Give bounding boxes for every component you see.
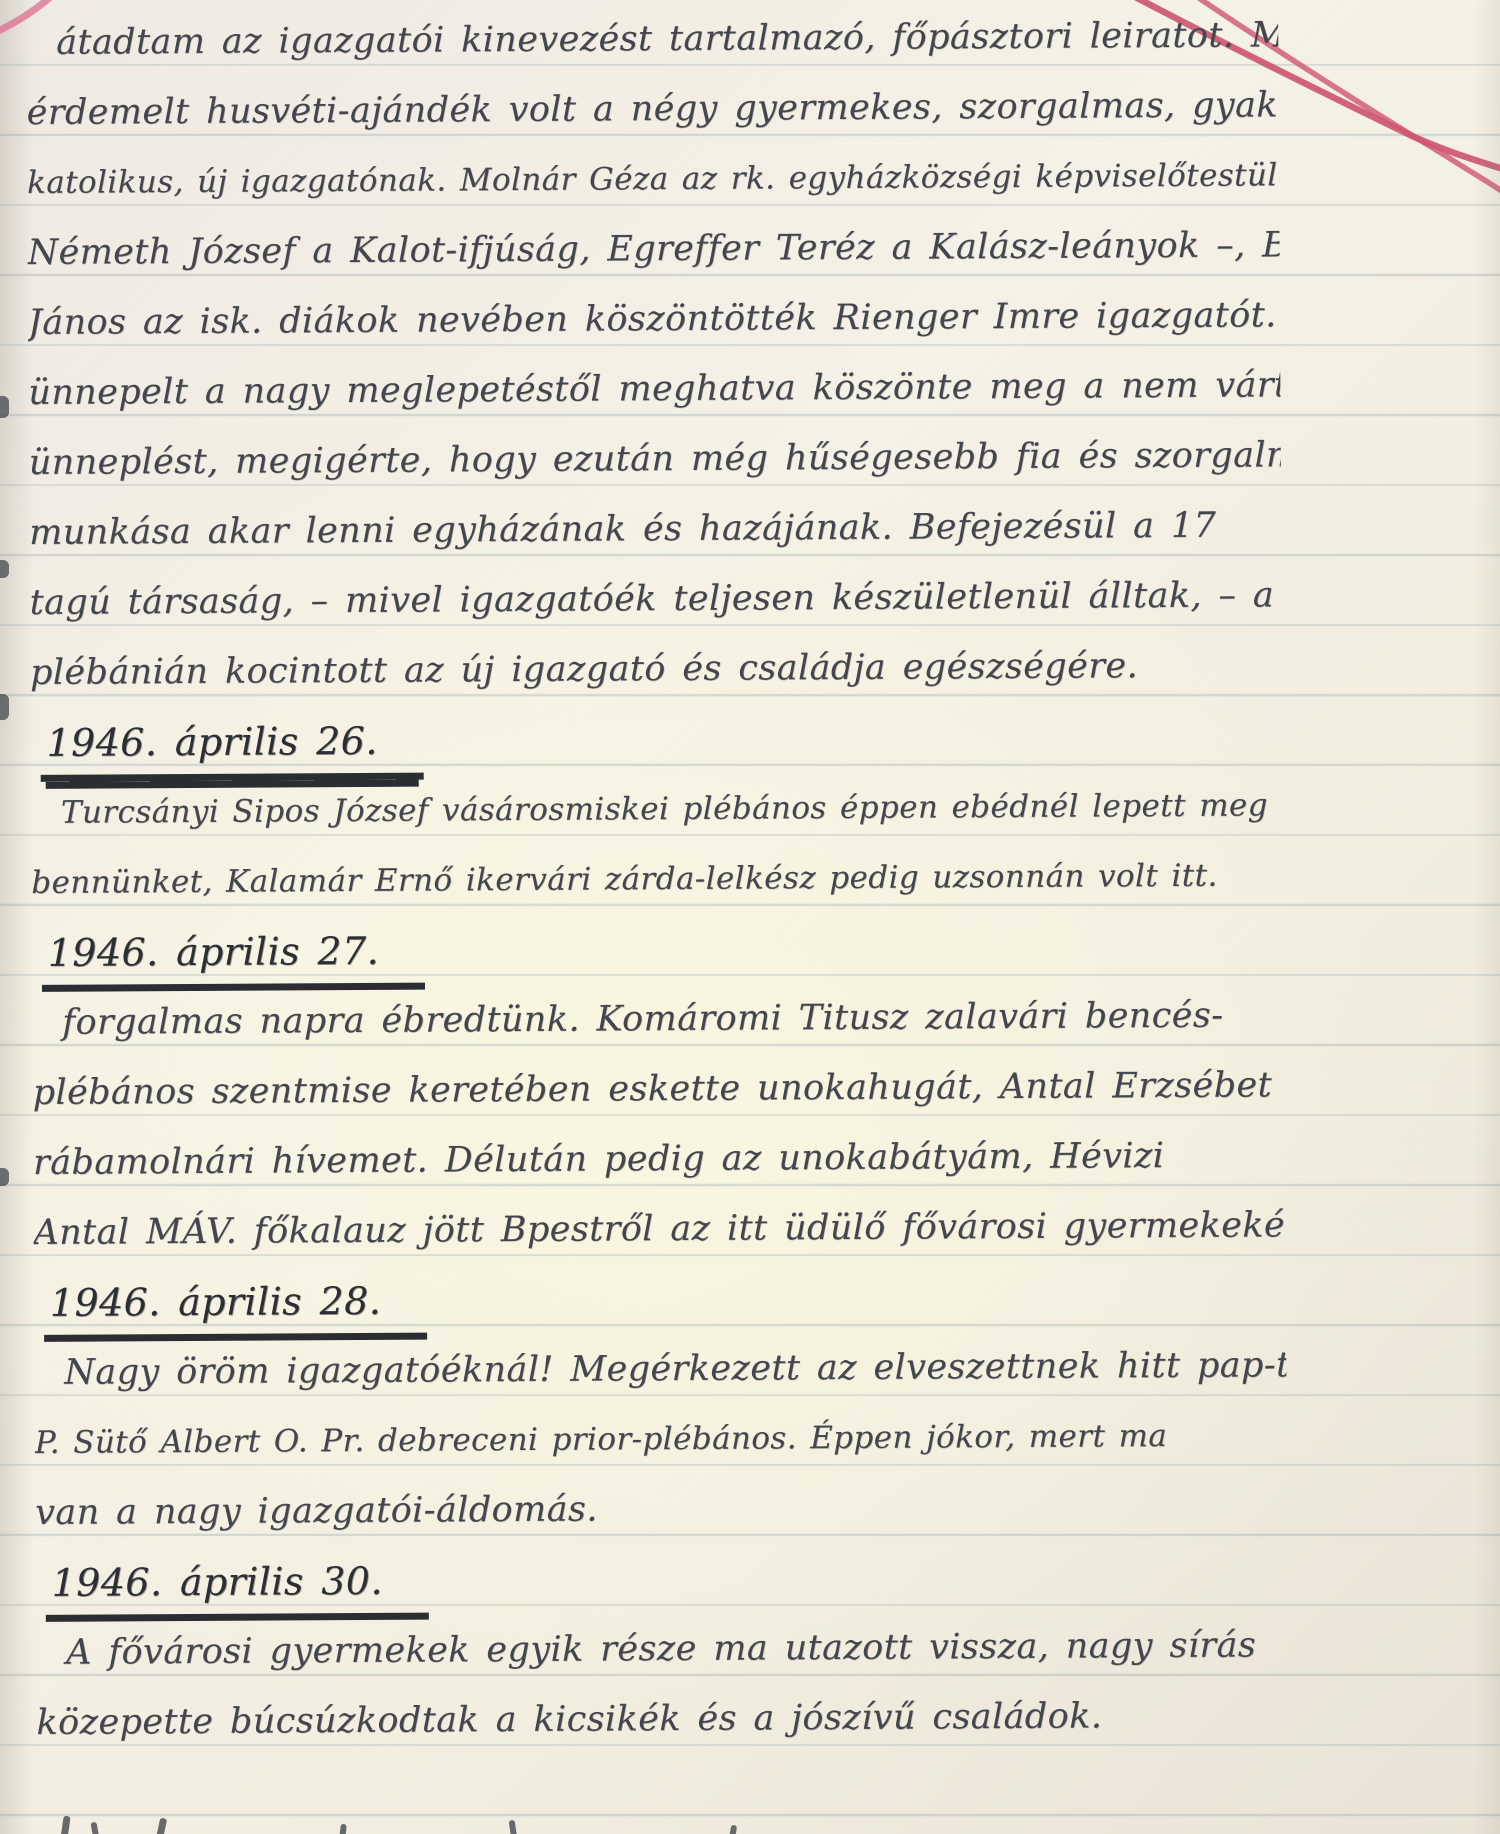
diary-line: Németh József a Kalot-ifjúság, Egreffer … <box>27 210 1279 288</box>
ink-stroke <box>729 1825 738 1834</box>
ink-stroke <box>339 1824 347 1834</box>
gutter-ink-mark <box>0 560 9 578</box>
diary-line: P. Sütő Albert O. Pr. debreceni prior-pl… <box>35 1400 1287 1478</box>
diary-line: János az isk. diákok nevében köszöntötté… <box>28 280 1280 358</box>
gutter-ink-mark <box>0 694 9 720</box>
diary-line: Nagy öröm igazgatóéknál! Megérkezett az … <box>34 1330 1286 1408</box>
diary-line: A fővárosi gyermekek egyik része ma utaz… <box>36 1610 1288 1688</box>
ink-stroke <box>60 1816 70 1834</box>
diary-line: átadtam az igazgatói kinevezést tartalma… <box>26 0 1278 78</box>
date-heading-text: 1946. április 27. <box>42 919 426 992</box>
diary-line: forgalmas napra ébredtünk. Komáromi Titu… <box>32 980 1284 1058</box>
diary-line: bennünket, Kalamár Ernő ikervári zárda-l… <box>31 840 1283 918</box>
diary-line: Antal MÁV. főkalauz jött Bpestről az itt… <box>33 1190 1285 1268</box>
diary-line: katolikus, új igazgatónak. Molnár Géza a… <box>27 140 1279 218</box>
date-heading-1946-aprilis-27: 1946. április 27. <box>32 910 1284 988</box>
date-heading-1946-aprilis-28: 1946. április 28. <box>34 1260 1286 1338</box>
diary-line: ünnepelt a nagy meglepetéstől meghatva k… <box>28 350 1280 428</box>
diary-line: érdemelt husvéti-ajándék volt a négy gye… <box>26 70 1278 148</box>
notebook-page: átadtam az igazgatói kinevezést tartalma… <box>0 0 1500 1834</box>
clipped-next-line <box>40 1812 1200 1834</box>
diary-line: tagú társaság, – mivel igazgatóék teljes… <box>29 560 1281 638</box>
gutter-ink-mark <box>0 396 9 418</box>
diary-line: rábamolnári hívemet. Délután pedig az un… <box>33 1120 1285 1198</box>
diary-line: munkása akar lenni egyházának és hazáján… <box>29 490 1281 568</box>
diary-line: van a nagy igazgatói-áldomás. <box>35 1470 1287 1548</box>
date-heading-text: 1946. április 30. <box>45 1549 429 1622</box>
date-heading-1946-aprilis-26: 1946. április 26. <box>30 700 1282 778</box>
date-heading-1946-aprilis-30: 1946. április 30. <box>35 1540 1287 1618</box>
ink-stroke <box>509 1820 518 1834</box>
date-heading-text: 1946. április 28. <box>44 1269 428 1342</box>
diary-line: Turcsányi Sipos József vásárosmiskei plé… <box>31 770 1283 848</box>
diary-line: ünneplést, megigérte, hogy ezután még hű… <box>29 420 1281 498</box>
ink-stroke <box>156 1818 167 1834</box>
diary-content: átadtam az igazgatói kinevezést tartalma… <box>26 0 1289 1758</box>
ink-stroke <box>90 1822 99 1834</box>
date-heading-text: 1946. április 26. <box>40 709 424 782</box>
diary-line: közepette búcsúzkodtak a kicsikék és a j… <box>36 1680 1288 1758</box>
diary-line: plébános szentmise keretében eskette uno… <box>32 1050 1284 1128</box>
gutter-ink-mark <box>0 1168 9 1186</box>
diary-line: plébánián kocintott az új igazgató és cs… <box>30 630 1282 708</box>
